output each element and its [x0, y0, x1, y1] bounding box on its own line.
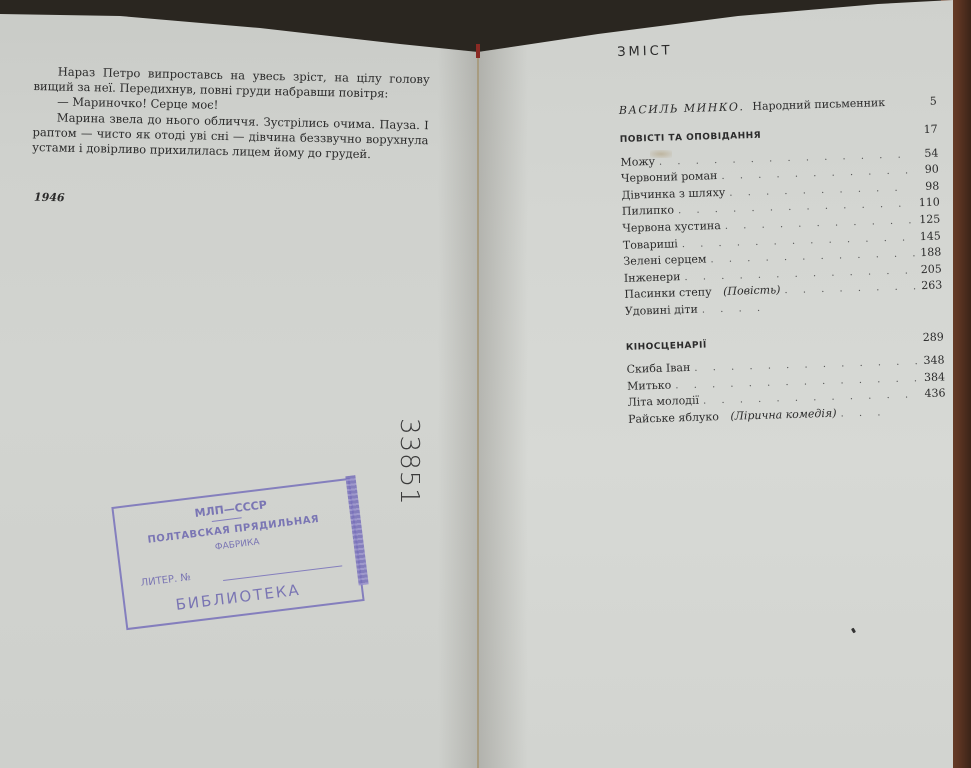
entry-page: [924, 413, 946, 414]
book-gutter: [477, 48, 479, 768]
entry-title: Товариші: [623, 236, 678, 253]
entry-title: Дівчинка з шляху: [621, 185, 725, 204]
section-page: 17: [915, 122, 937, 138]
entry-title-text: Райське яблуко: [628, 410, 719, 426]
entry-page: 145: [919, 228, 941, 244]
entry-page: 348: [922, 353, 944, 369]
entry-page: 125: [918, 211, 940, 227]
entry-page: 54: [916, 145, 938, 161]
entry-title: Червона хустина: [622, 218, 721, 237]
stamp-line: МЛП—СССР: [194, 498, 268, 520]
entry-title: Митько: [627, 377, 672, 394]
stamp-line: БИБЛИОТЕКА: [175, 581, 302, 614]
author-name: ВАСИЛЬ МИНКО.: [619, 100, 745, 117]
bookmark-ribbon: [476, 44, 480, 58]
entry-title: Пилипко: [622, 203, 675, 220]
section-title: КІНОСЦЕНАРІЇ: [626, 338, 707, 356]
entry-title: Зелені серцем: [623, 252, 706, 270]
entry-page: 90: [917, 162, 939, 178]
paragraph: Марина звела до нього обличчя. Зустрілис…: [32, 110, 429, 164]
entry-title: Літа молодії: [627, 393, 699, 411]
entry-page: 205: [920, 261, 942, 277]
entry-subtitle: (Лірична комедія): [730, 407, 836, 423]
section-page: 289: [922, 329, 944, 345]
leader-dots: [702, 301, 762, 318]
story-ending-text: Нараз Петро випроставсь на увесь зріст, …: [32, 64, 430, 163]
entry-page: 263: [920, 278, 942, 294]
entry-page: 436: [923, 386, 945, 402]
table-of-contents: ЗМІСТ ВАСИЛЬ МИНКО. Народний письменник …: [617, 36, 946, 429]
entry-title: Скиба Іван: [626, 360, 690, 377]
stamp-rule: [223, 565, 342, 581]
entry-page: [921, 305, 943, 306]
entry-page: 384: [923, 369, 945, 385]
intro-title: Народний письменник: [752, 96, 885, 113]
stamp-line: ЛИТЕР. №: [140, 572, 191, 589]
leader-dots: [840, 405, 880, 422]
entry-title: Інженери: [624, 269, 681, 286]
entry-page: 188: [919, 245, 941, 261]
entry-page: 98: [917, 178, 939, 194]
section-title: ПОВІСТІ ТА ОПОВІДАННЯ: [620, 129, 762, 149]
entry-title-text: Пасинки степу: [624, 286, 712, 302]
toc-intro-row: ВАСИЛЬ МИНКО. Народний письменник 5: [619, 95, 937, 117]
intro-page: 5: [930, 95, 937, 108]
entry-title: Можу: [620, 154, 655, 171]
handwritten-inventory-number: 33851: [394, 418, 424, 506]
entry-title: Удовині діти: [625, 302, 698, 320]
entry-page: 110: [918, 195, 940, 211]
stamp-line: ФАБРИКА: [214, 537, 260, 552]
entry-subtitle: (Повість): [723, 284, 781, 299]
story-year: 1946: [34, 191, 65, 205]
stamp-rule: [212, 517, 242, 522]
entry-title: Червоний роман: [621, 168, 718, 186]
